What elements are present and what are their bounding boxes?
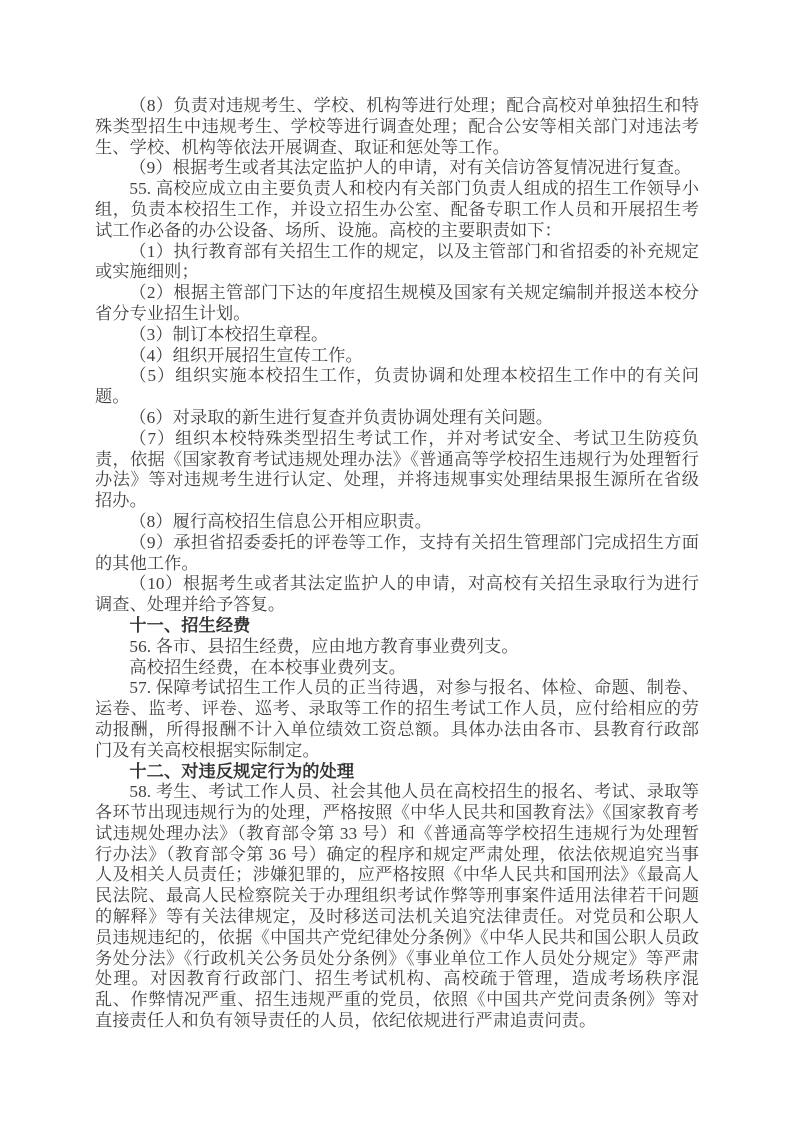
- document-page: （8）负责对违规考生、学校、机构等进行处理；配合高校对单独招生和特殊类型招生中违…: [0, 0, 793, 1122]
- paragraph: （5）组织实施本校招生工作，负责协调和处理本校招生工作中的有关问题。: [95, 366, 699, 408]
- document-body: （8）负责对违规考生、学校、机构等进行处理；配合高校对单独招生和特殊类型招生中违…: [95, 96, 699, 1032]
- paragraph: 55. 高校应成立由主要负责人和校内有关部门负责人组成的招生工作领导小组，负责本…: [95, 179, 699, 241]
- paragraph: （8）负责对违规考生、学校、机构等进行处理；配合高校对单独招生和特殊类型招生中违…: [95, 96, 699, 158]
- paragraph: 高校招生经费，在本校事业费列支。: [95, 658, 699, 679]
- paragraph: （3）制订本校招生章程。: [95, 325, 699, 346]
- paragraph: （2）根据主管部门下达的年度招生规模及国家有关规定编制并报送本校分省分专业招生计…: [95, 283, 699, 325]
- paragraph: （9）根据考生或者其法定监护人的申请，对有关信访答复情况进行复查。: [95, 158, 699, 179]
- paragraph: （4）组织开展招生宣传工作。: [95, 346, 699, 367]
- section-heading: 十二、对违反规定行为的处理: [95, 762, 699, 783]
- paragraph: （10）根据考生或者其法定监护人的申请，对高校有关招生录取行为进行调查、处理并给…: [95, 574, 699, 616]
- paragraph: 56. 各市、县招生经费，应由地方教育事业费列支。: [95, 637, 699, 658]
- section-heading: 十一、招生经费: [95, 616, 699, 637]
- paragraph: （9）承担省招委委托的评卷等工作，支持有关招生管理部门完成招生方面的其他工作。: [95, 533, 699, 575]
- paragraph: （6）对录取的新生进行复查并负责协调处理有关问题。: [95, 408, 699, 429]
- paragraph: 58. 考生、考试工作人员、社会其他人员在高校招生的报名、考试、录取等各环节出现…: [95, 782, 699, 1032]
- paragraph: （7）组织本校特殊类型招生考试工作，并对考试安全、考试卫生防疫负责，依据《国家教…: [95, 429, 699, 512]
- paragraph: 57. 保障考试招生工作人员的正当待遇，对参与报名、体检、命题、制卷、运卷、监考…: [95, 678, 699, 761]
- paragraph: （8）履行高校招生信息公开相应职责。: [95, 512, 699, 533]
- paragraph: （1）执行教育部有关招生工作的规定，以及主管部门和省招委的补充规定或实施细则；: [95, 242, 699, 284]
